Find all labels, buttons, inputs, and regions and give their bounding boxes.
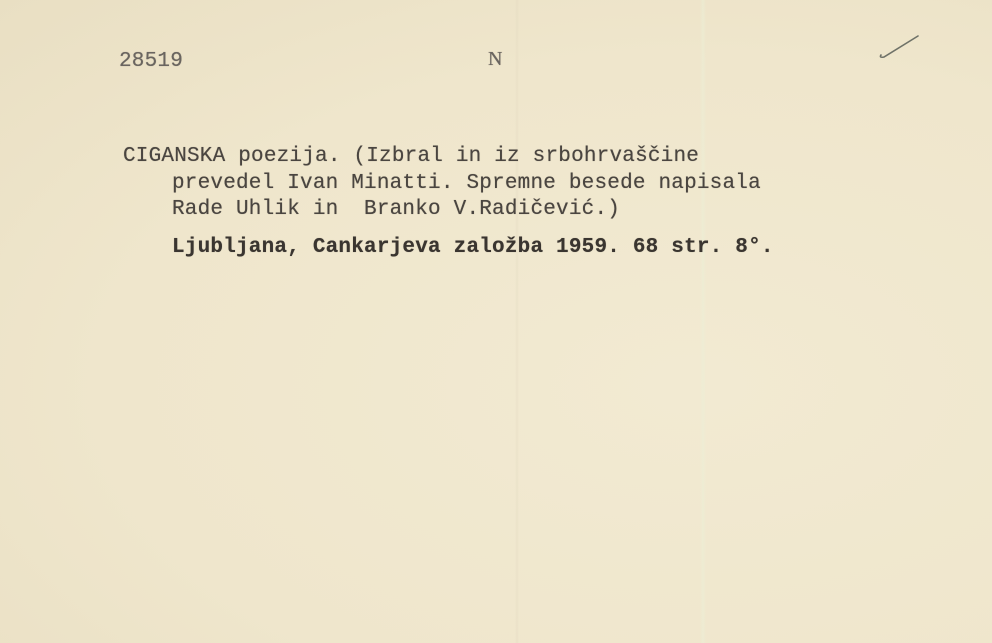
check-mark-icon: [878, 30, 923, 65]
accession-number: 28519: [119, 50, 183, 73]
imprint-line: Ljubljana, Cankarjeva založba 1959. 68 s…: [172, 236, 774, 259]
title-line-2: prevedel Ivan Minatti. Spremne besede na…: [172, 172, 761, 195]
title-line-3: Rade Uhlik in Branko V.Radičević.): [172, 198, 620, 221]
title-line-1: CIGANSKA poezija. (Izbral in iz srbohrva…: [123, 145, 699, 168]
classification-mark: N: [488, 48, 503, 71]
catalog-card: 28519 N CIGANSKA poezija. (Izbral in iz …: [0, 0, 992, 643]
